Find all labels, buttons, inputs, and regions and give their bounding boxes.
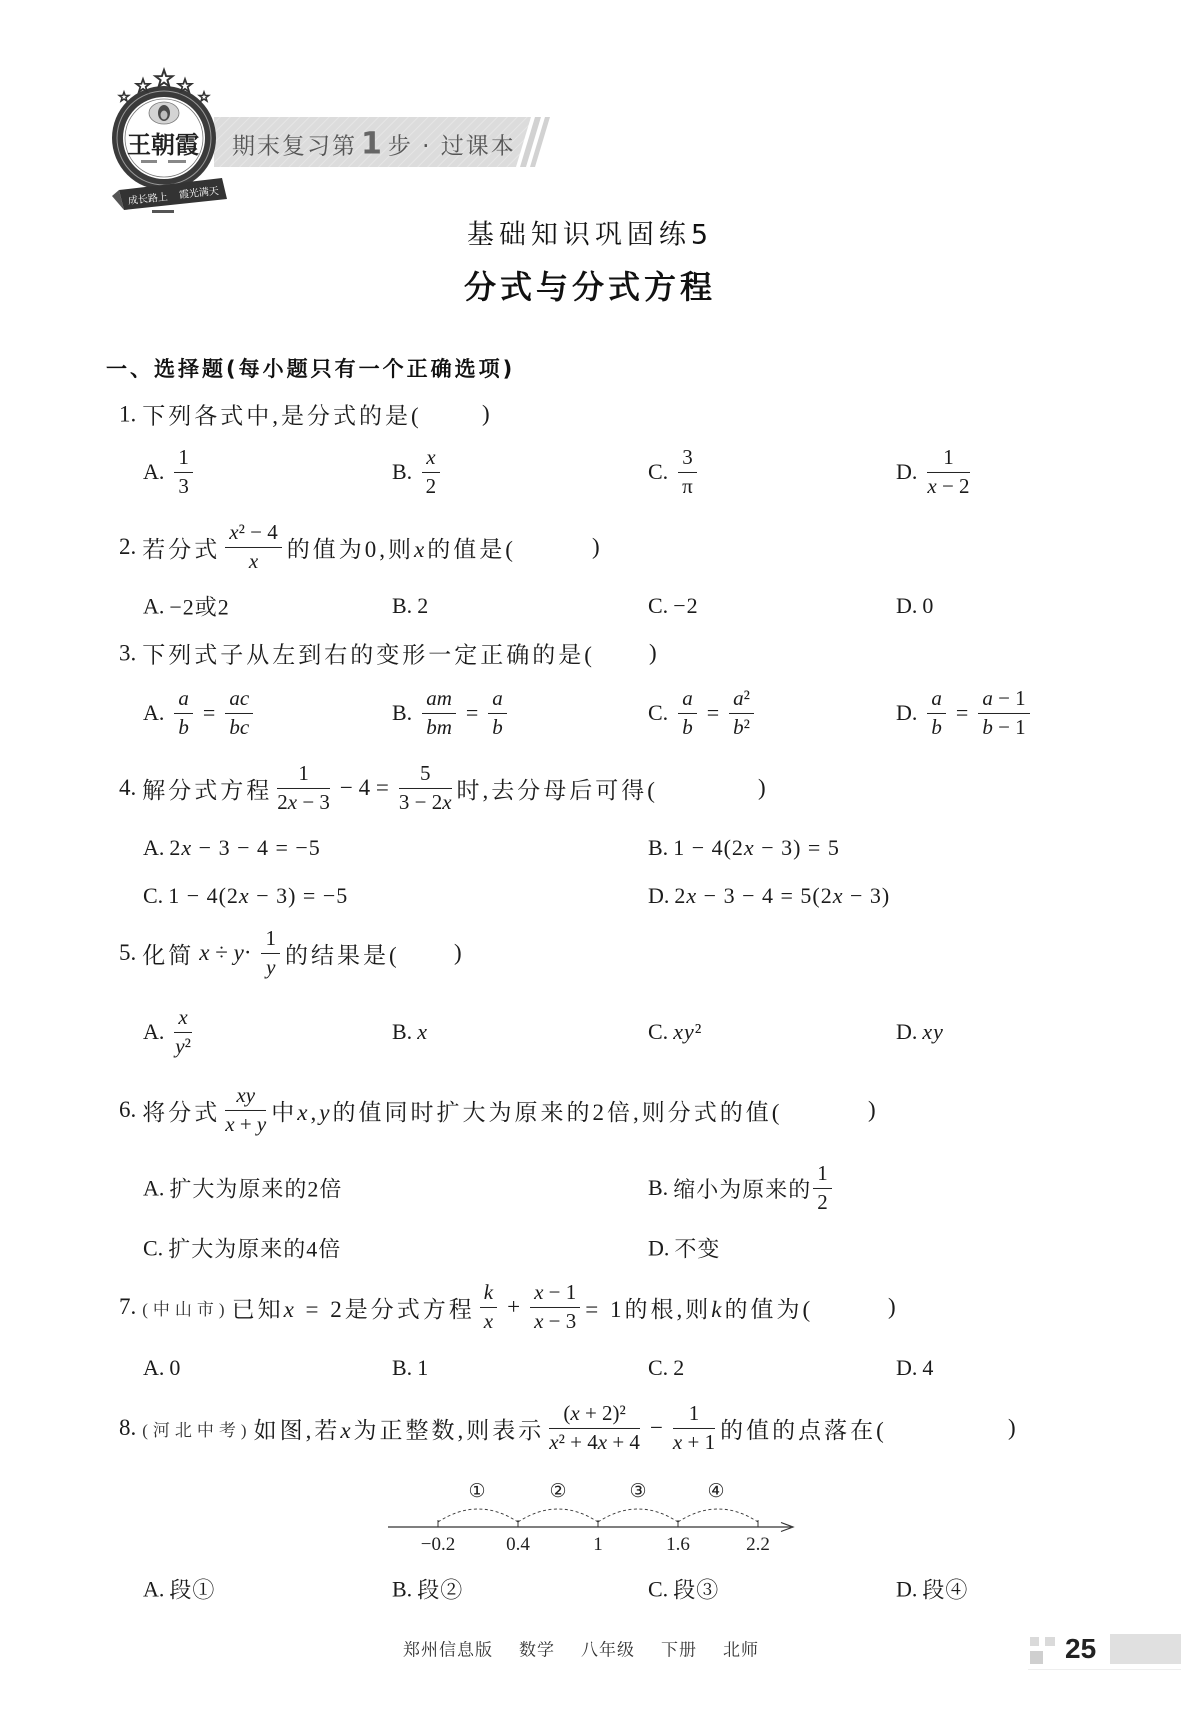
question-stem-after: 时,去分母后可得(	[457, 772, 658, 805]
denominator: b	[174, 714, 193, 740]
option-text: 不变	[674, 1233, 720, 1264]
question-1: 1. 下列各式中,是分式的是(	[119, 398, 422, 431]
question-source: (河北中考)	[142, 1416, 251, 1441]
question-stem-after: 的值的点落在(	[720, 1412, 887, 1445]
option-text: x	[417, 1019, 428, 1045]
header-banner: 期末复习第 1 步 · 过课本	[232, 127, 516, 162]
question-number: 1.	[119, 401, 136, 427]
option-label: C.	[648, 593, 668, 619]
question-number: 5.	[119, 940, 136, 966]
footer-volume: 下册	[661, 1636, 697, 1661]
footer-edition-info: 郑州信息版 数学 八年级 下册 北师	[403, 1636, 759, 1661]
equals-sign: =	[203, 700, 215, 726]
fraction-rhs: acbc	[225, 687, 253, 739]
divider	[1028, 1669, 1181, 1670]
option-label: C.	[143, 883, 163, 909]
option-label: D.	[896, 1019, 917, 1045]
numerator: x² − 4	[225, 521, 281, 548]
segment-label-2: ②	[549, 1480, 566, 1502]
fraction: 12x − 3	[277, 762, 330, 814]
denominator: x² + 4x + 4	[549, 1429, 640, 1455]
numerator: 1	[673, 1402, 715, 1429]
option-label: D.	[896, 1355, 917, 1381]
numerator: x	[174, 1006, 191, 1033]
option-label: B.	[392, 1019, 412, 1045]
fraction: 13	[174, 446, 193, 498]
option-d: D.2x − 3 − 4 = 5(2x − 3)	[648, 883, 890, 909]
fraction: kx	[480, 1281, 497, 1333]
segment-label-4: ④	[707, 1480, 724, 1502]
option-label: D.	[896, 1576, 917, 1602]
fraction: xy²	[174, 1006, 191, 1058]
answer-paren-close: )	[649, 640, 657, 666]
option-text: 扩大为原来的4倍	[168, 1233, 341, 1264]
option-label: B.	[392, 1576, 412, 1602]
option-text: 0	[922, 593, 934, 619]
option-a: A.0	[143, 1355, 181, 1381]
question-4: 4. 解分式方程 12x − 3 − 4 = 53 − 2x 时,去分母后可得(	[119, 762, 658, 814]
numerator: a	[678, 687, 697, 714]
option-text: 段①	[169, 1574, 215, 1605]
fraction-rhs: ab	[488, 687, 507, 739]
option-label: D.	[896, 459, 917, 485]
question-stem-after: 的结果是(	[285, 937, 400, 970]
denominator: 2	[422, 473, 439, 499]
answer-paren-close: )	[888, 1294, 896, 1320]
fraction: 3π	[678, 446, 697, 498]
logo-name: 王朝霞	[127, 130, 199, 159]
numerator: 1	[261, 927, 280, 954]
numerator: a	[488, 687, 507, 714]
option-text: 扩大为原来的2倍	[169, 1173, 342, 1204]
question-stem-before: 解分式方程	[142, 772, 272, 805]
option-text: 1 − 4(2x − 3) = 5	[673, 835, 840, 861]
denominator: x + 1	[673, 1429, 715, 1455]
worksheet-subtitle: 基础知识巩固练5	[467, 213, 713, 252]
numerator: a²	[729, 687, 754, 714]
fraction-lhs: ab	[927, 687, 946, 739]
option-label: D.	[896, 700, 917, 726]
option-a: A. xy²	[143, 1006, 197, 1058]
tick-label: 2.2	[746, 1534, 770, 1555]
denominator: x + y	[225, 1111, 266, 1137]
equals-sign: =	[707, 700, 719, 726]
answer-paren-close: )	[868, 1097, 876, 1123]
numerator: 3	[678, 446, 697, 473]
worksheet-title: 分式与分式方程	[464, 262, 716, 308]
option-text: 2	[417, 593, 429, 619]
question-stem: 下列各式中,是分式的是(	[142, 398, 421, 431]
question-stem-after: = 1的根,则k的值为(	[585, 1291, 813, 1324]
option-text: 2x − 3 − 4 = 5(2x − 3)	[674, 883, 890, 909]
question-source: (中山市)	[142, 1295, 229, 1320]
option-text: 0	[169, 1355, 181, 1381]
option-text: −2或2	[169, 591, 229, 622]
numerator: x − 1	[530, 1281, 580, 1308]
option-label: A.	[143, 1576, 164, 1602]
numerator: a − 1	[978, 687, 1029, 714]
segment-label-1: ①	[468, 1480, 485, 1502]
question-6: 6. 将分式 xyx + y 中x,y的值同时扩大为原来的2倍,则分式的值(	[119, 1084, 782, 1136]
banner-suffix: 步 · 过课本	[388, 128, 516, 161]
fraction-rhs: a²b²	[729, 687, 754, 739]
fraction: x2	[422, 446, 439, 498]
fraction-lhs: ab	[678, 687, 697, 739]
option-a: A. ab = acbc	[143, 687, 258, 739]
denominator: 2x − 3	[277, 789, 330, 815]
question-8: 8. (河北中考) 如图,若x为正整数,则表示 (x + 2)²x² + 4x …	[119, 1402, 887, 1454]
option-b: B.1 − 4(2x − 3) = 5	[648, 835, 840, 861]
option-label: C.	[648, 700, 668, 726]
denominator: x − 2	[927, 473, 969, 499]
option-c: C.扩大为原来的4倍	[143, 1233, 341, 1264]
decor-square	[1030, 1651, 1044, 1664]
question-2: 2. 若分式 x² − 4x 的值为0,则x的值是(	[119, 521, 516, 573]
banner-prefix: 期末复习第	[232, 128, 357, 161]
tick-label: 1	[593, 1534, 603, 1555]
numerator: (x + 2)²	[549, 1402, 640, 1429]
option-a: A.段①	[143, 1574, 215, 1605]
denominator: 3 − 2x	[399, 789, 452, 815]
denominator: x − 3	[530, 1308, 580, 1334]
denominator: 2	[813, 1189, 832, 1215]
denominator: x	[480, 1308, 497, 1334]
option-b: B.x	[392, 1019, 428, 1045]
fraction-lhs: ambm	[422, 687, 456, 739]
option-text: 段②	[417, 1574, 463, 1605]
numerator: 1	[277, 762, 330, 789]
number-line-figure: ① ② ③ ④ −0.2 0.4 1 1.6 2.2	[380, 1470, 810, 1560]
option-b: B.2	[392, 593, 429, 619]
banner-step-number: 1	[361, 127, 384, 162]
question-3: 3. 下列式子从左到右的变形一定正确的是(	[119, 637, 595, 670]
option-c: C. 3π	[648, 446, 702, 498]
option-label: B.	[648, 1175, 668, 1201]
question-stem-before: 已知x = 2是分式方程	[232, 1291, 475, 1324]
option-label: C.	[648, 1355, 668, 1381]
tick-label: 0.4	[506, 1534, 530, 1555]
numerator: 1	[927, 446, 969, 473]
numerator: ac	[225, 687, 253, 714]
fraction: 1x + 1	[673, 1402, 715, 1454]
question-number: 3.	[119, 640, 136, 666]
option-b: B. ambm = ab	[392, 687, 512, 739]
footer-grade: 八年级	[581, 1636, 635, 1661]
option-b: B. 缩小为原来的 12	[648, 1162, 837, 1214]
denominator: b − 1	[978, 714, 1029, 740]
denominator: x	[225, 548, 281, 574]
option-d: D.段④	[896, 1574, 968, 1605]
option-a: A.2x − 3 − 4 = −5	[143, 835, 321, 861]
page-number-block: 25	[1028, 1630, 1181, 1672]
denominator: b	[678, 714, 697, 740]
option-b: B. x2	[392, 446, 445, 498]
equals-sign: =	[956, 700, 968, 726]
denominator: b²	[729, 714, 754, 740]
denominator: bm	[422, 714, 456, 740]
answer-paren-close: )	[454, 940, 462, 966]
option-label: A.	[143, 1175, 164, 1201]
footer-publisher: 北师	[723, 1636, 759, 1661]
option-text: xy²	[673, 1019, 702, 1045]
question-stem-after: 的值为0,则x的值是(	[287, 531, 516, 564]
option-label: C.	[648, 1019, 668, 1045]
option-label: B.	[392, 593, 412, 619]
option-label: B.	[392, 700, 412, 726]
option-label: D.	[648, 883, 669, 909]
option-c: C.2	[648, 1355, 685, 1381]
option-text: 4	[922, 1355, 934, 1381]
option-label: B.	[392, 459, 412, 485]
question-stem-before: 若分式	[142, 531, 220, 564]
option-text: 2	[673, 1355, 685, 1381]
question-number: 6.	[119, 1097, 136, 1123]
denominator: b	[488, 714, 507, 740]
page-bar	[1110, 1634, 1181, 1664]
denominator: y²	[174, 1033, 191, 1059]
option-label: C.	[648, 1576, 668, 1602]
option-c: C. ab = a²b²	[648, 687, 759, 739]
answer-paren-close: )	[592, 534, 600, 560]
option-label: A.	[143, 459, 164, 485]
math-operator: +	[507, 1294, 520, 1320]
numerator: a	[927, 687, 946, 714]
tick-label: −0.2	[421, 1534, 455, 1555]
question-stem-before: 如图,若x为正整数,则表示	[254, 1412, 545, 1445]
option-label: D.	[648, 1235, 669, 1261]
question-stem-after: 中x,y的值同时扩大为原来的2倍,则分式的值(	[271, 1094, 782, 1127]
option-a: A.扩大为原来的2倍	[143, 1173, 342, 1204]
numerator: am	[422, 687, 456, 714]
option-c: C.段③	[648, 1574, 719, 1605]
numerator: k	[480, 1281, 497, 1308]
numerator: 5	[399, 762, 452, 789]
option-b: B.段②	[392, 1574, 463, 1605]
numerator: 1	[813, 1162, 832, 1189]
numerator: x	[422, 446, 439, 473]
answer-paren-close: )	[1008, 1415, 1016, 1441]
decor-square	[1030, 1637, 1039, 1646]
option-text: xy	[922, 1019, 944, 1045]
equals-sign: =	[466, 700, 478, 726]
math-operator: −	[650, 1415, 663, 1441]
option-a: A. 13	[143, 446, 198, 498]
option-c: C.−2	[648, 593, 699, 619]
option-label: B.	[392, 1355, 412, 1381]
numerator: xy	[225, 1084, 266, 1111]
option-c: C.xy²	[648, 1019, 702, 1045]
fraction: 1y	[261, 927, 280, 979]
option-a: A.−2或2	[143, 591, 230, 622]
denominator: bc	[225, 714, 253, 740]
option-label: A.	[143, 835, 164, 861]
option-label: A.	[143, 1019, 164, 1045]
option-label: A.	[143, 1355, 164, 1381]
option-d: D. ab = a − 1b − 1	[896, 687, 1035, 739]
math-operator: − 4 =	[340, 775, 389, 801]
fraction: 53 − 2x	[399, 762, 452, 814]
option-label: D.	[896, 593, 917, 619]
fraction: 12	[813, 1162, 832, 1214]
fraction: x − 1x − 3	[530, 1281, 580, 1333]
option-text: 1 − 4(2x − 3) = −5	[168, 883, 348, 909]
segment-label-3: ③	[629, 1480, 646, 1502]
question-number: 4.	[119, 775, 136, 801]
answer-paren-close: )	[758, 775, 766, 801]
option-d: D.不变	[648, 1233, 720, 1264]
question-number: 8.	[119, 1415, 136, 1441]
option-label: B.	[648, 835, 668, 861]
fraction: 1x − 2	[927, 446, 969, 498]
tick-label: 1.6	[666, 1534, 690, 1555]
decor-square	[1045, 1637, 1055, 1646]
fraction-rhs: a − 1b − 1	[978, 687, 1029, 739]
option-d: D.4	[896, 1355, 934, 1381]
question-number: 2.	[119, 534, 136, 560]
question-5: 5. 化简 x ÷ y· 1y 的结果是(	[119, 927, 400, 979]
option-text: −2	[673, 593, 698, 619]
question-stem-before: 化简	[142, 937, 194, 970]
question-7: 7. (中山市) 已知x = 2是分式方程 kx + x − 1x − 3 = …	[119, 1281, 813, 1333]
option-b: B.1	[392, 1355, 429, 1381]
denominator: y	[261, 954, 280, 980]
question-number: 7.	[119, 1294, 136, 1320]
denominator: 3	[174, 473, 193, 499]
option-text: 缩小为原来的	[673, 1173, 811, 1204]
option-text: 1	[417, 1355, 429, 1381]
option-d: D.xy	[896, 1019, 944, 1045]
fraction-lhs: ab	[174, 687, 193, 739]
question-stem-before: 将分式	[142, 1094, 220, 1127]
math-expression: x ÷ y·	[199, 940, 251, 966]
numerator: a	[174, 687, 193, 714]
option-c: C.1 − 4(2x − 3) = −5	[143, 883, 348, 909]
option-text: 2x − 3 − 4 = −5	[169, 835, 320, 861]
portrait-icon	[149, 102, 179, 124]
option-text: 段④	[922, 1574, 968, 1605]
fraction: xyx + y	[225, 1084, 266, 1136]
option-label: A.	[143, 593, 164, 619]
option-label: C.	[143, 1235, 163, 1261]
numerator: 1	[174, 446, 193, 473]
section-heading: 一、选择题(每小题只有一个正确选项)	[106, 353, 515, 383]
option-text: 段③	[673, 1574, 719, 1605]
worksheet-page: 期末复习第 1 步 · 过课本 王朝霞 成长路上 霞光满天 基础知识巩固练5 分…	[0, 0, 1181, 1730]
footer-edition: 郑州信息版	[403, 1636, 493, 1661]
page-number: 25	[1065, 1633, 1096, 1665]
question-stem: 下列式子从左到右的变形一定正确的是(	[142, 637, 595, 670]
footer-subject: 数学	[519, 1636, 555, 1661]
denominator: b	[927, 714, 946, 740]
option-label: A.	[143, 700, 164, 726]
option-d: D. 1x − 2	[896, 446, 975, 498]
fraction: (x + 2)²x² + 4x + 4	[549, 1402, 640, 1454]
fraction: x² − 4x	[225, 521, 281, 573]
option-label: C.	[648, 459, 668, 485]
denominator: π	[678, 473, 697, 499]
answer-paren-close: )	[482, 401, 490, 427]
publisher-logo: 王朝霞 成长路上 霞光满天	[100, 60, 240, 220]
option-d: D.0	[896, 593, 934, 619]
